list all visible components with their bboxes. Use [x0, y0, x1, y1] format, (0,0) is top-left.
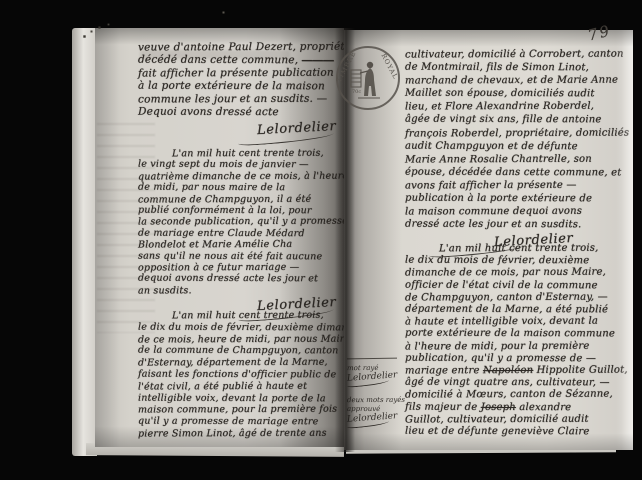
stamp-value: 70c	[352, 89, 361, 95]
manuscript-line: lieu et de défunte geneviève Claire	[405, 426, 629, 439]
manuscript-line: qu'il y a promesse de mariage entre	[138, 416, 344, 429]
manuscript-line: le vingt sept du mois de janvier —	[138, 159, 344, 171]
manuscript-line: dressé acte les jour et an susdits.	[405, 218, 629, 232]
manuscript-line: L'an mil huit cent trente trois,	[405, 243, 629, 256]
manuscript-line: pierre Simon Linot, âgé de trente ans	[138, 427, 344, 440]
manuscript-line: domicilié à Mœurs, canton de Sézanne,	[405, 389, 629, 402]
manuscript-line: Marie Anne Rosalie Chantrelle, son	[405, 152, 629, 166]
manuscript-line: Guillot, cultivateur, domicilié audit	[405, 413, 629, 426]
manuscript-line: faisant les fonctions d'officier public …	[138, 369, 344, 382]
manuscript-line: an susdits.	[138, 284, 344, 296]
manuscript-line: commune les jour et an susdits. —	[138, 93, 344, 107]
manuscript-line: sans qu'il ne nous ait été fait aucune	[138, 250, 344, 262]
manuscript-paragraph: L'an mil huit cent trente trois,le dix d…	[405, 243, 629, 438]
manuscript-line: fait afficher la présente publication	[138, 67, 344, 81]
manuscript-line: à l'heure de midi, pour la première	[405, 340, 629, 353]
manuscript-line: Blondelot et Marie Amélie Cha	[138, 239, 344, 251]
manuscript-line: audit Champguyon et de défunte	[405, 139, 629, 153]
manuscript-line: cultivateur, domicilié à Corrobert, cant…	[405, 48, 629, 62]
manuscript-line: dequoi avons dressé acte les jour et	[138, 273, 344, 285]
manuscript-line: de midi, par nous maire de la	[138, 182, 344, 194]
right-page-text: cultivateur, domicilié à Corrobert, cant…	[405, 30, 629, 450]
signature: Lelordelier	[138, 122, 344, 143]
manuscript-line: dimanche de ce mois, par nous Maire,	[405, 267, 629, 280]
left-page-text: veuve d'antoine Paul Dezert, propriétair…	[138, 28, 344, 447]
margin-rule	[347, 358, 397, 360]
manuscript-line: âgée de vingt six ans, fille de antoine	[405, 113, 629, 127]
manuscript-line: la seconde publication, qu'il y a promes…	[138, 216, 344, 228]
manuscript-line: l'état civil, a été publié à haute et	[138, 380, 344, 393]
left-page: veuve d'antoine Paul Dezert, propriétair…	[95, 28, 344, 447]
manuscript-line: Dequoi avons dressé acte	[138, 106, 344, 120]
manuscript-line: marchand de chevaux, et de Marie Anne	[405, 74, 629, 88]
manuscript-line: le dix du mois de février, deuxième dima…	[138, 321, 344, 334]
manuscript-line: à la porte extérieure de la maison	[138, 80, 344, 94]
manuscript-line: publication à la porte extérieure de	[405, 192, 629, 206]
margin-note: mot rayéLelordelier	[347, 364, 397, 386]
manuscript-line: L'an mil huit cent trente trois,	[138, 310, 344, 323]
manuscript-paragraph: veuve d'antoine Paul Dezert, propriétair…	[138, 41, 344, 143]
manuscript-paragraph: L'an mil huit cent trente trois,le vingt…	[138, 148, 344, 319]
manuscript-line: publication, qu'il y a promesse de —	[405, 352, 629, 365]
manuscript-line: épouse, décédée dans cette commune, et	[405, 165, 629, 179]
manuscript-line: de Champguyon, canton d'Esternay, —	[405, 291, 629, 304]
manuscript-line: de Montmirail, fils de Simon Linot,	[405, 61, 629, 75]
manuscript-paragraph: L'an mil huit cent trente trois,le dix d…	[138, 310, 344, 440]
dust-specks	[0, 0, 1, 1]
scanned-document: veuve d'antoine Paul Dezert, propriétair…	[0, 0, 642, 480]
margin-note: deux mots rayésapprouvéLelordelier	[347, 396, 405, 427]
margin-note-line: deux mots rayés	[347, 396, 405, 405]
timbre-royal-stamp: 70c TIMBRE ROYAL	[334, 44, 402, 112]
manuscript-paragraph: cultivateur, domicilié à Corrobert, cant…	[405, 48, 629, 255]
manuscript-line: de la commune de Champguyon, canton	[138, 345, 344, 358]
manuscript-line: avons fait afficher la présente —	[405, 178, 629, 192]
manuscript-line: fils majeur de Joseph alexandre	[405, 401, 629, 414]
manuscript-line: veuve d'antoine Paul Dezert, propriétair…	[138, 41, 344, 55]
stamp-pillar-icon	[351, 70, 361, 87]
manuscript-line: françois Roberdel, propriétaire, domicil…	[405, 126, 629, 140]
manuscript-line: commune de Champguyon, il a été	[138, 193, 344, 205]
manuscript-line: la maison commune dequoi avons	[405, 205, 629, 219]
manuscript-line: porte extérieure de la maison commune	[405, 328, 629, 341]
manuscript-line: officier de l'état civil de la commune	[405, 279, 629, 292]
manuscript-line: décédé dans cette commune, ———	[138, 54, 344, 68]
page-stack-edge	[72, 28, 97, 456]
manuscript-line: d'Esternay, département de la Marne,	[138, 357, 344, 370]
